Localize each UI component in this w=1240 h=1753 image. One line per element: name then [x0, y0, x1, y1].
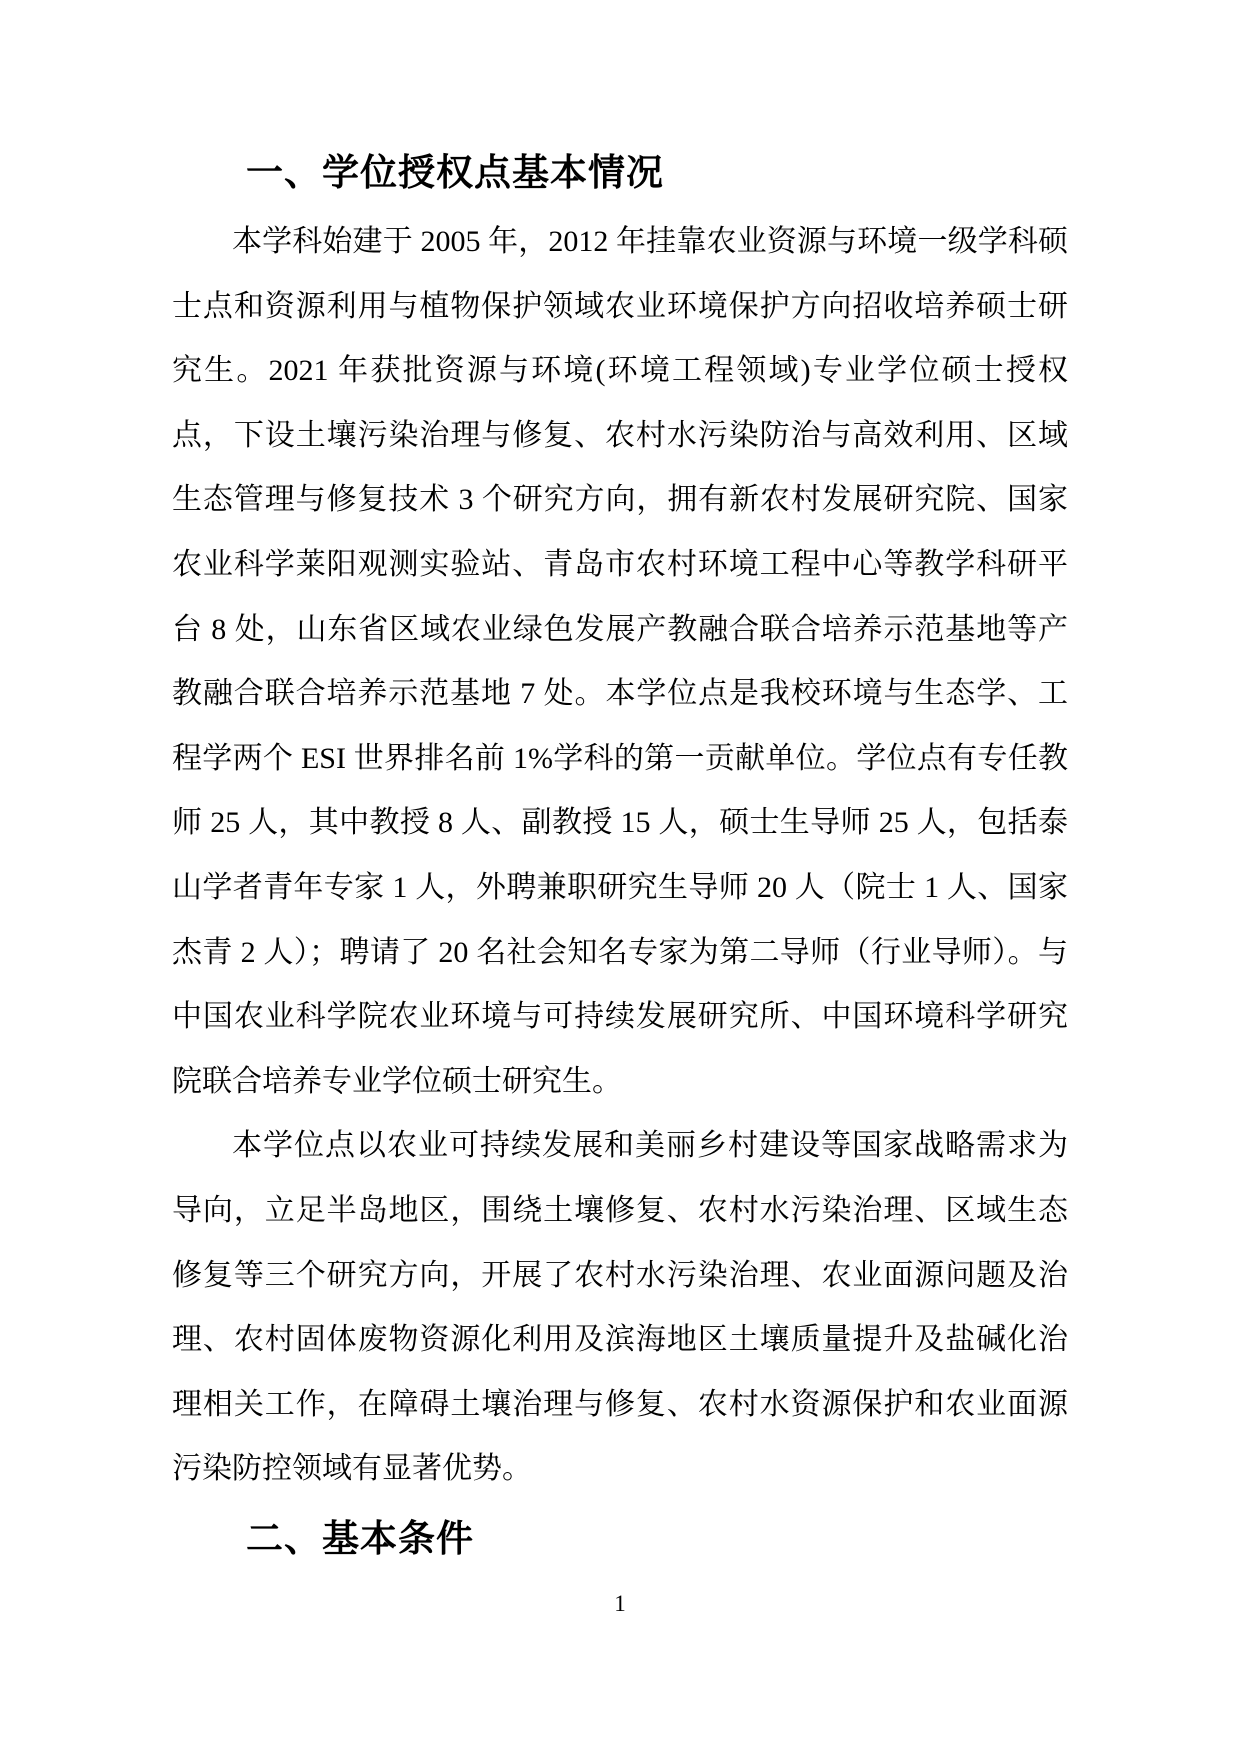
paragraph-degree-point-history: 本学科始建于 2005 年，2012 年挂靠农业资源与环境一级学科硕士点和资源利…: [172, 210, 1068, 1114]
document-page: 一、学位授权点基本情况 本学科始建于 2005 年，2012 年挂靠农业资源与环…: [0, 0, 1240, 1753]
paragraph-research-orientation: 本学位点以农业可持续发展和美丽乡村建设等国家战略需求为导向，立足半岛地区，围绕土…: [172, 1114, 1068, 1502]
page-number: 1: [0, 1590, 1240, 1618]
section-heading-degree-point-overview: 一、学位授权点基本情况: [172, 144, 1068, 204]
section-heading-basic-conditions: 二、基本条件: [172, 1510, 1068, 1570]
